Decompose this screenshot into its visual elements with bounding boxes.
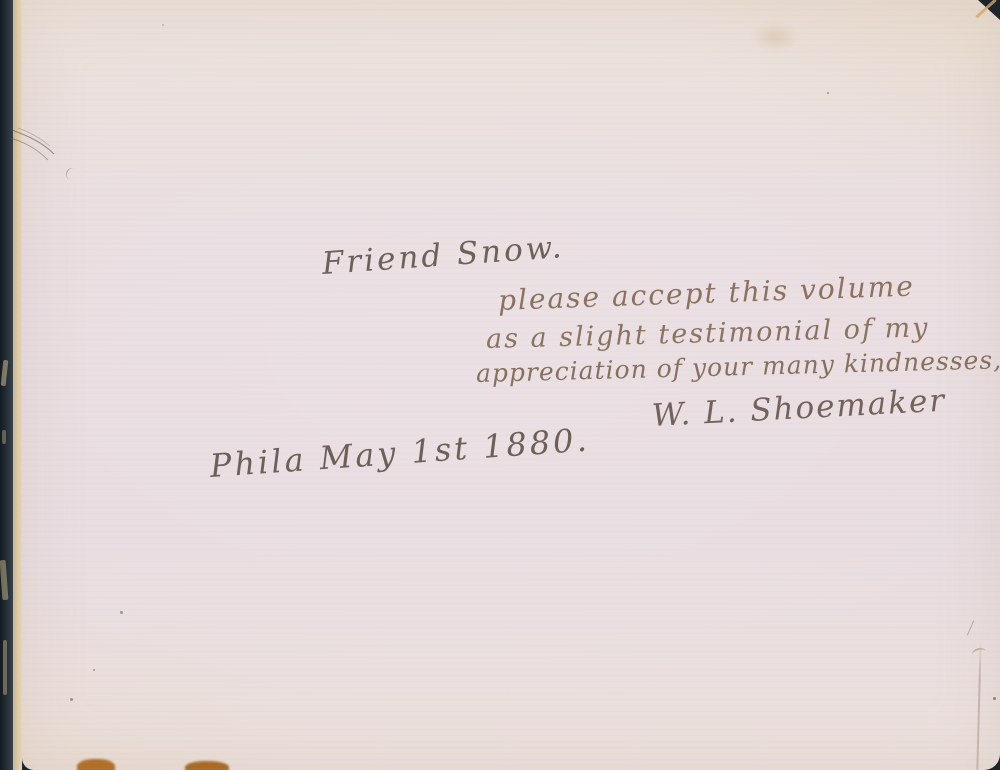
fiber-mark <box>8 122 68 167</box>
binding-wear-mark <box>3 640 7 695</box>
binding-wear-mark <box>1 360 9 386</box>
age-stain <box>752 22 798 52</box>
fox-speck <box>993 697 996 700</box>
book-binding <box>0 0 13 770</box>
fox-speck <box>120 611 123 614</box>
scanned-page: Friend Snow. please accept this volume a… <box>0 0 1000 770</box>
binding-wear-mark <box>2 430 6 444</box>
page-crease <box>971 646 987 659</box>
binding-wear-mark <box>0 560 8 600</box>
tape-stain <box>185 761 229 770</box>
fox-speck <box>93 669 95 671</box>
scratch-mark <box>64 167 78 182</box>
scratch-mark <box>967 620 974 635</box>
album-page <box>22 0 1000 770</box>
fox-speck <box>162 24 164 26</box>
tape-stain <box>77 759 115 770</box>
page-crease <box>976 640 981 770</box>
fox-speck <box>70 698 73 701</box>
fox-speck <box>827 92 829 94</box>
page-block-edge <box>13 0 22 770</box>
